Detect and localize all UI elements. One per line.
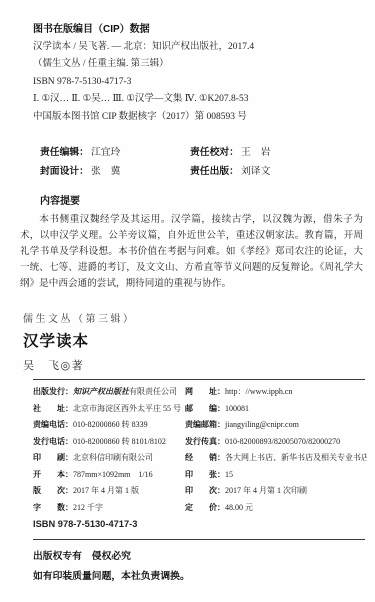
- fax-label: 发行传真：: [185, 437, 225, 446]
- colophon-row-address: 社 址：北京市海淀区西外太平庄 55 号 邮 编：100081: [33, 401, 367, 418]
- postcode-label: 邮 编：: [185, 404, 225, 413]
- publisher-label: 出版发行：: [33, 387, 73, 396]
- credit-label: 责任出版：: [190, 166, 239, 177]
- publisher-logo-text: 知识产权出版社: [73, 387, 129, 396]
- credit-value: 张 冀: [91, 166, 120, 177]
- impression-label: 印 次：: [185, 486, 225, 495]
- cip-class-line: Ⅰ. ①汉… Ⅱ. ①吴… Ⅲ. ①汉学—文集 Ⅳ. ①K207.8-53: [33, 91, 363, 109]
- colophon-row-format: 开 本：787mm×1092mm 1/16 印 张：15: [33, 467, 367, 484]
- credit-value: 王 岩: [241, 147, 270, 158]
- divider-top: [33, 379, 365, 380]
- credit-cover-design: 封面设计：张 冀: [40, 162, 190, 181]
- website-label: 网 址：: [185, 387, 225, 396]
- colophon-row-edition: 版 次：2017 年 4 月第 1 版 印 次：2017 年 4 月第 1 次印…: [33, 483, 367, 500]
- editor-email-value: jiangyiling@cnipr.com: [225, 420, 299, 429]
- editor-phone-value: 010-82000860 转 8339: [73, 420, 148, 429]
- cip-title-line: 汉学读本 / 吴飞著. — 北京：知识产权出版社，2017.4: [33, 39, 363, 57]
- edition-label: 版 次：: [33, 486, 73, 495]
- credits-block: 责任编辑：江宜玲 责任校对：王 岩 封面设计：张 冀 责任出版：刘译文: [40, 143, 363, 181]
- website-value: http：//www.ipph.cn: [225, 387, 292, 396]
- credit-value: 江宜玲: [91, 147, 120, 158]
- cip-header: 图书在版编目（CIP）数据: [33, 21, 363, 39]
- format-value: 787mm×1092mm 1/16: [73, 470, 153, 479]
- fax-value: 010-82000893/82005070/82000270: [225, 437, 340, 446]
- title-block: 儒生文丛（第三辑） 汉学读本 吴 飞◎著: [23, 313, 363, 373]
- website-cell: 网 址：http：//www.ipph.cn: [185, 384, 367, 401]
- credit-label: 责任校对：: [190, 147, 239, 158]
- abstract-title: 内容提要: [40, 195, 363, 209]
- book-title: 汉学读本: [23, 332, 363, 352]
- address-label: 社 址：: [33, 404, 73, 413]
- credit-value: 刘译文: [241, 166, 270, 177]
- colophon-block: 出版发行：知识产权出版社有限责任公司 网 址：http：//www.ipph.c…: [33, 384, 367, 533]
- credit-publishing: 责任出版：刘译文: [190, 162, 363, 181]
- distributor-value: 各大网上书店、新华书店及相关专业书店: [225, 453, 367, 462]
- cip-registry-line: 中国版本图书馆 CIP 数据核字（2017）第 008593 号: [33, 109, 363, 127]
- sheets-value: 15: [225, 470, 233, 479]
- colophon-row-printer: 印 刷：北京科信印刷有限公司 经 销：各大网上书店、新华书店及相关专业书店: [33, 450, 367, 467]
- colophon-row-wordcount: 字 数：212 千字 定 价：48.00 元: [33, 500, 367, 517]
- credit-label: 封面设计：: [40, 166, 89, 177]
- copyright-page: 图书在版编目（CIP）数据 汉学读本 / 吴飞著. — 北京：知识产权出版社，2…: [0, 0, 375, 602]
- distribution-phone-value: 010-82000860 转 8101/8102: [73, 437, 166, 446]
- colophon-row-distribution-phone: 发行电话：010-82000860 转 8101/8102 发行传真：010-8…: [33, 434, 367, 451]
- colophon-row-editor-phone: 责编电话：010-82000860 转 8339 责编邮箱：jiangyilin…: [33, 417, 367, 434]
- wordcount-value: 212 千字: [73, 503, 103, 512]
- address-value: 北京市海淀区西外太平庄 55 号: [73, 404, 181, 413]
- series-name: 儒生文丛（第三辑）: [23, 313, 363, 327]
- distribution-phone-label: 发行电话：: [33, 437, 73, 446]
- credit-label: 责任编辑：: [40, 147, 89, 158]
- format-label: 开 本：: [33, 470, 73, 479]
- colophon-row-publisher: 出版发行：知识产权出版社有限责任公司 网 址：http：//www.ipph.c…: [33, 384, 367, 401]
- editor-phone-label: 责编电话：: [33, 420, 73, 429]
- impression-value: 2017 年 4 月第 1 次印刷: [225, 486, 307, 495]
- cip-series-line: （儒生文丛 / 任重主编. 第三辑）: [33, 56, 363, 74]
- printer-label: 印 刷：: [33, 453, 73, 462]
- abstract-block: 内容提要 本书侧重汉魏经学及其运用。汉学篇，接续古学，以汉魏为源，借朱子为术，以…: [20, 195, 363, 292]
- divider-bottom: [33, 539, 365, 540]
- cip-isbn-line: ISBN 978-7-5130-4717-3: [33, 74, 363, 92]
- printer-value: 北京科信印刷有限公司: [73, 453, 153, 462]
- price-label: 定 价：: [185, 503, 225, 512]
- sheets-label: 印 张：: [185, 470, 225, 479]
- edition-value: 2017 年 4 月第 1 版: [73, 486, 139, 495]
- credit-editor: 责任编辑：江宜玲: [40, 143, 190, 162]
- postcode-value: 100081: [225, 404, 249, 413]
- author-line: 吴 飞◎著: [23, 359, 363, 373]
- wordcount-label: 字 数：: [33, 503, 73, 512]
- publisher-cell: 出版发行：知识产权出版社有限责任公司: [33, 384, 185, 401]
- copyright-notice: 出版权专有 侵权必究: [33, 547, 363, 567]
- isbn-line: ISBN 978-7-5130-4717-3: [33, 516, 367, 533]
- abstract-body: 本书侧重汉魏经学及其运用。汉学篇，接续古学，以汉魏为源，借朱子为术，以申汉学义理…: [20, 212, 363, 292]
- credit-proofreader: 责任校对：王 岩: [190, 143, 363, 162]
- cip-block: 图书在版编目（CIP）数据 汉学读本 / 吴飞著. — 北京：知识产权出版社，2…: [33, 21, 363, 126]
- editor-email-label: 责编邮箱：: [185, 420, 225, 429]
- price-value: 48.00 元: [225, 503, 253, 512]
- publisher-suffix: 有限责任公司: [129, 387, 177, 396]
- quality-notice: 如有印装质量问题，本社负责调换。: [33, 567, 363, 587]
- distributor-label: 经 销：: [185, 453, 225, 462]
- footer-notices: 出版权专有 侵权必究 如有印装质量问题，本社负责调换。: [33, 547, 363, 586]
